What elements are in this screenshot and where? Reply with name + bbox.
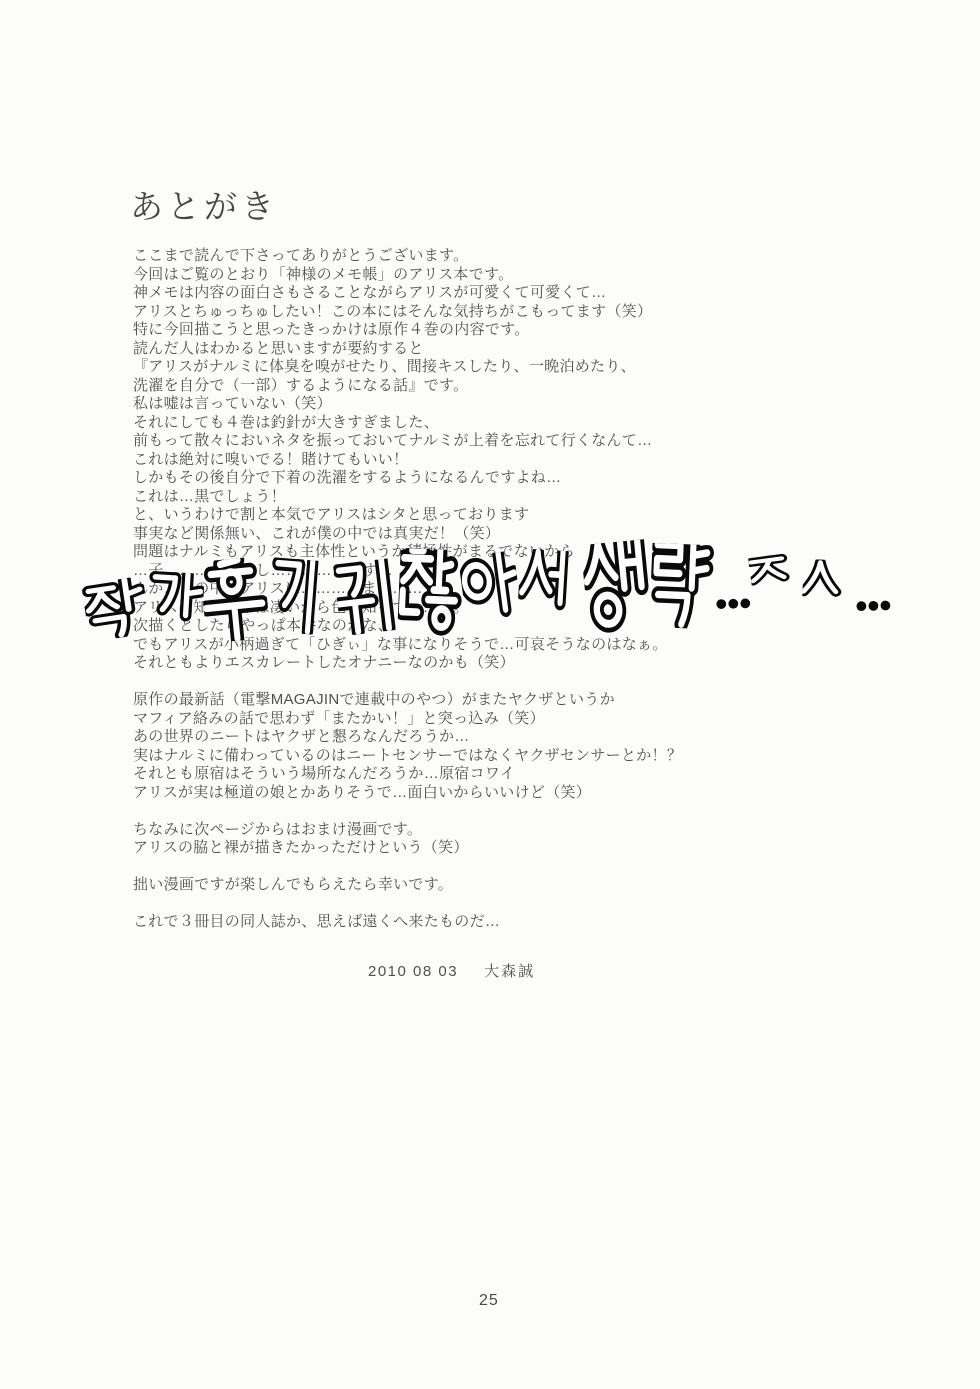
text-line: これは…黒でしょう！ bbox=[133, 488, 893, 507]
text-line bbox=[133, 858, 893, 877]
text-line: それともよりエスカレートしたオナニーなのかも（笑） bbox=[133, 654, 893, 673]
text-line bbox=[133, 895, 893, 914]
scanned-afterword-page: あとがき ここまで読んで下さってありがとうございます。今回はご覧のとおり「神様の… bbox=[0, 0, 980, 1389]
text-line bbox=[133, 673, 893, 692]
text-line: マフィア絡みの話で思わず「またかい！」と突っ込み（笑） bbox=[133, 710, 893, 729]
page-number: 25 bbox=[479, 1292, 499, 1310]
text-line: 『アリスがナルミに体臭を嗅がせたり、間接キスしたり、一晩泊めたり、 bbox=[133, 358, 893, 377]
text-line: 神メモは内容の面白さもさることながらアリスが可愛くて可愛くて… bbox=[133, 284, 893, 303]
text-line: アリスの脇と裸が描きたかっただけという（笑） bbox=[133, 839, 893, 858]
text-line: んか……の中でアリスは…………まい…… bbox=[133, 580, 893, 599]
text-line: アリスは知識だけは凄いから色々知って……し。 bbox=[133, 599, 893, 618]
text-line: 私は嘘は言っていない（笑） bbox=[133, 395, 893, 414]
text-line: 前もって散々においネタを振っておいてナルミが上着を忘れて行くなんて… bbox=[133, 432, 893, 451]
author-name: 大森誠 bbox=[484, 963, 535, 980]
text-line bbox=[133, 802, 893, 821]
page-title: あとがき bbox=[130, 186, 278, 228]
text-line: 読んだ人はわかると思いますが要約すると bbox=[133, 340, 893, 359]
text-line: それにしても４巻は釣針が大きすぎました、 bbox=[133, 414, 893, 433]
text-line: 原作の最新話（電撃MAGAJINで連載中のやつ）がまたヤクザというか bbox=[133, 691, 893, 710]
afterword-body: ここまで読んで下さってありがとうございます。今回はご覧のとおり「神様のメモ帳」の… bbox=[133, 247, 893, 932]
date-line: 2010 08 03大森誠 bbox=[368, 960, 535, 981]
text-line: アリスが実は極道の娘とかありそうで…面白いからいいけど（笑） bbox=[133, 784, 893, 803]
text-line: 洗濯を自分で（一部）するようになる話』です。 bbox=[133, 377, 893, 396]
text-line: 特に今回描こうと思ったきっかけは原作４巻の内容です。 bbox=[133, 321, 893, 340]
text-line: 実はナルミに備わっているのはニートセンサーではなくヤクザセンサーとか！？ bbox=[133, 747, 893, 766]
text-line: あの世界のニートはヤクザと懇ろなんだろうか… bbox=[133, 728, 893, 747]
text-line: ここまで読んで下さってありがとうございます。 bbox=[133, 247, 893, 266]
text-line: アリスとちゅっちゅしたい！この本にはそんな気持ちがこもってます（笑） bbox=[133, 303, 893, 322]
text-line: 事実など関係無い、これが僕の中では真実だ！（笑） bbox=[133, 525, 893, 544]
text-line: しかもその後自分で下着の洗濯をするようになるんですよね… bbox=[133, 469, 893, 488]
text-line: …子…………るでし……………ます… bbox=[133, 562, 893, 581]
date-text: 2010 08 03 bbox=[368, 963, 458, 980]
text-line: 今回はご覧のとおり「神様のメモ帳」のアリス本です。 bbox=[133, 266, 893, 285]
text-line: 問題はナルミもアリスも主体性というか積極性がまるでないから bbox=[133, 543, 893, 562]
text-line: 次描くとしたらやっぱ本番なのかな、 bbox=[133, 617, 893, 636]
text-line: ちなみに次ページからはおまけ漫画です。 bbox=[133, 821, 893, 840]
text-line: でもアリスが小柄過ぎて「ひぎぃ」な事になりそうで…可哀そうなのはなぁ。 bbox=[133, 636, 893, 655]
text-line: これは絶対に嗅いでる！賭けてもいい！ bbox=[133, 451, 893, 470]
text-line: 拙い漫画ですが楽しんでもらえたら幸いです。 bbox=[133, 876, 893, 895]
text-line: と、いうわけで割と本気でアリスはシタと思っております bbox=[133, 506, 893, 525]
text-line: それとも原宿はそういう場所なんだろうか…原宿コワイ bbox=[133, 765, 893, 784]
text-line: これで３冊目の同人誌か、思えば遠くへ来たものだ… bbox=[133, 913, 893, 932]
